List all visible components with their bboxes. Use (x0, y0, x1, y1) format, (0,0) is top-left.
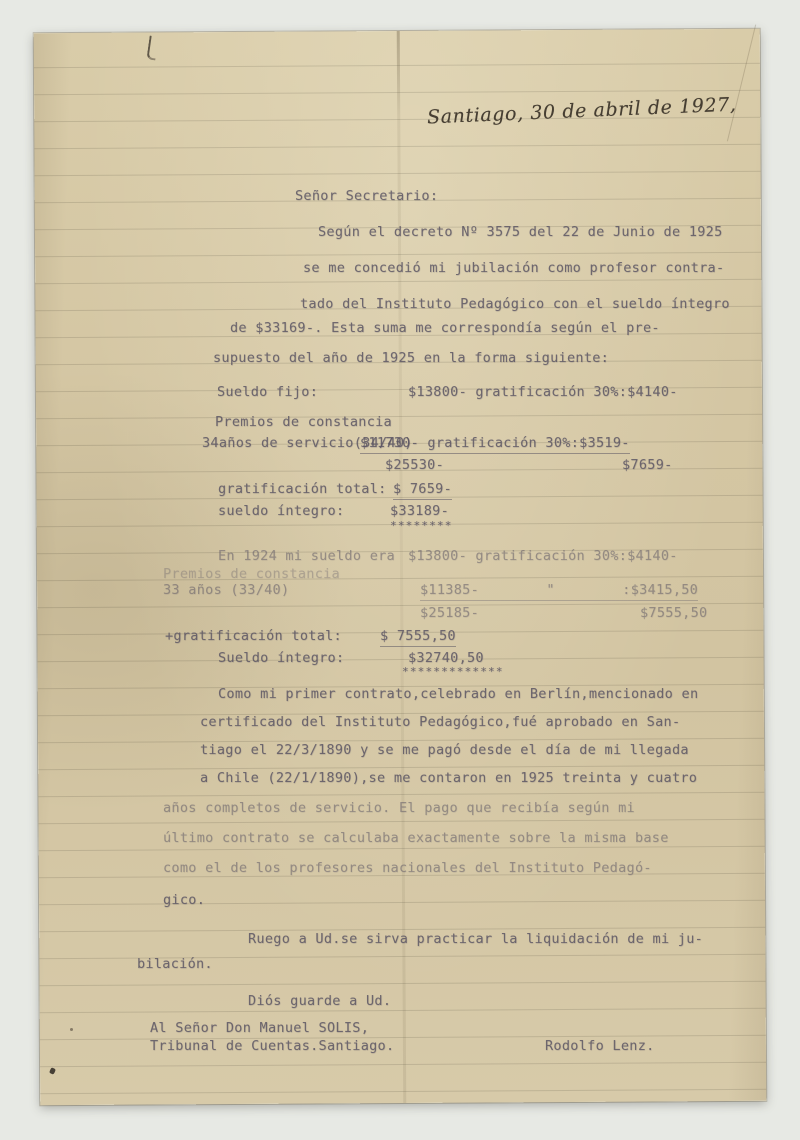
subtotal-sueldo-1925: $25530- (385, 459, 444, 473)
amount-sueldo-integro-1925: $33189- (390, 505, 449, 519)
amount-sueldo-integro-1924: $32740,50 (408, 652, 484, 666)
typed-line: bilación. (137, 958, 213, 972)
label-gratificacion-total-1924: +gratificación total: (165, 630, 342, 644)
typed-line: a Chile (22/1/1890),se me contaron en 19… (200, 772, 697, 786)
amount-premios-33: $11385- " :$3415,50 (420, 584, 698, 601)
typed-line: supuesto del año de 1925 en la forma sig… (213, 352, 609, 366)
amount-gratificacion-total-1924: $ 7555,50 (380, 630, 456, 647)
typed-line: se me concedió mi jubilación como profes… (303, 262, 724, 276)
subtotal-gratificacion-1924: $7555,50 (640, 607, 707, 621)
label-sueldo-fijo: Sueldo fijo: (217, 386, 318, 400)
subtotal-sueldo-1924: $25185- (420, 607, 479, 621)
label-premios-constancia: Premios de constancia (215, 416, 392, 430)
label-anos-servicio-33: 33 años (33/40) (163, 584, 289, 598)
scanned-document-page: Santiago, 30 de abril de 1927, Señor Sec… (0, 0, 800, 1140)
typed-line: certificado del Instituto Pedagógico,fué… (200, 716, 680, 730)
asterisk-rule: ******** (390, 520, 453, 531)
typed-line: como el de los profesores nacionales del… (163, 862, 652, 876)
typed-line: Según el decreto Nº 3575 del 22 de Junio… (318, 226, 723, 240)
label-sueldo-1924: En 1924 mi sueldo era (218, 550, 395, 564)
valediction: Diós guarde a Ud. (248, 995, 391, 1009)
typed-line: Premios de constancia (163, 568, 340, 582)
typed-line: último contrato se calculaba exactamente… (163, 832, 669, 846)
label-sueldo-integro-1924: Sueldo íntegro: (218, 652, 344, 666)
typed-line: tado del Instituto Pedagógico con el sue… (300, 298, 730, 312)
subtotal-gratificacion-1925: $7659- (622, 459, 673, 473)
salutation: Señor Secretario: (295, 190, 438, 204)
typed-line: tiago el 22/3/1890 y se me pagó desde el… (200, 744, 689, 758)
amount-sueldo-fijo: $13800- gratificación 30%:$4140- (408, 386, 678, 400)
typed-text-layer: Señor Secretario:Según el decreto Nº 357… (0, 0, 800, 1140)
typed-line: Como mi primer contrato,celebrado en Ber… (218, 688, 698, 702)
label-gratificacion-total: gratificación total: (218, 483, 387, 497)
label-sueldo-integro: sueldo íntegro: (218, 505, 344, 519)
amount-sueldo-1924: $13800- gratificación 30%:$4140- (408, 550, 678, 564)
amount-gratificacion-total-1925: $ 7659- (393, 483, 452, 500)
typed-line: gico. (163, 894, 205, 908)
typed-line: años completos de servicio. El pago que … (163, 802, 635, 816)
recipient-name: Al Señor Don Manuel SOLIS, (150, 1022, 369, 1036)
typed-line: de $33169-. Esta suma me correspondía se… (230, 322, 660, 336)
asterisk-rule: ************* (402, 666, 504, 677)
typed-line: Ruego a Ud.se sirva practicar la liquida… (248, 933, 703, 947)
signature: Rodolfo Lenz. (545, 1040, 655, 1054)
amount-premios-34: $11730- gratificación 30%:$3519- (360, 437, 630, 454)
recipient-institution: Tribunal de Cuentas.Santiago. (150, 1040, 394, 1054)
